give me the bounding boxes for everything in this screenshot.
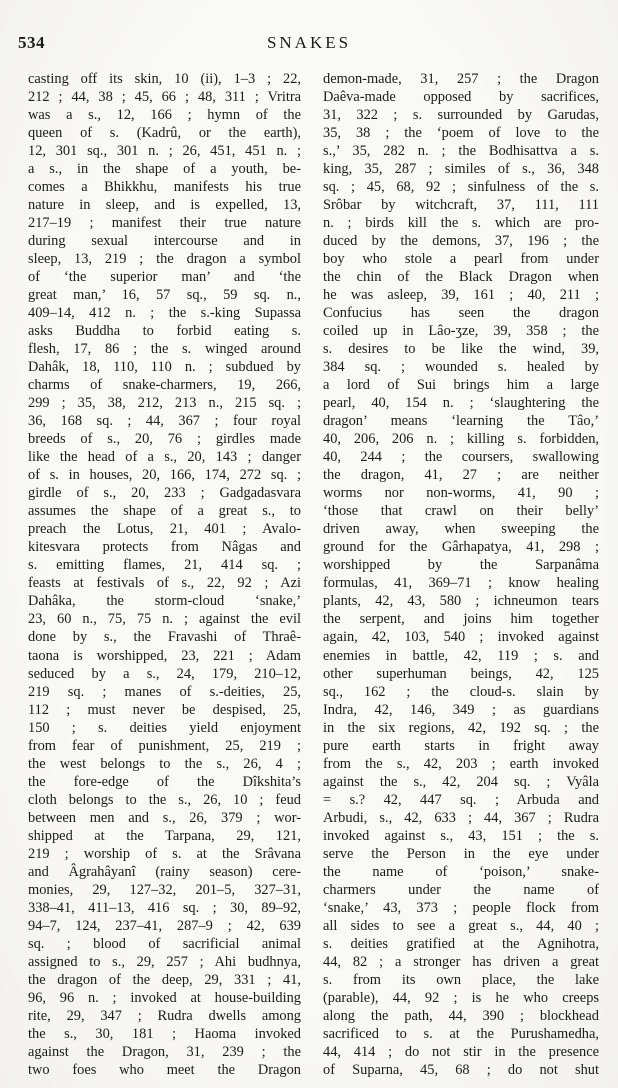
text-line: coiled up in Lâo-ʒze, 39, 358 ; the [323,322,599,340]
text-line: 150 ; s. deities yield enjoyment [28,719,301,737]
text-line: he was asleep, 39, 161 ; 40, 211 ; [323,286,599,304]
text-line: Daêva-made opposed by sacrifices, [323,88,599,106]
text-line: the west belongs to the s., 26, 4 ; [28,755,301,773]
text-line: the dragon of the deep, 29, 331 ; 41, [28,971,301,989]
text-line: n. ; birds kill the s. which are pro- [323,214,599,232]
text-line: 112 ; must never be despised, 25, [28,701,301,719]
text-line: sleep, 13, 219 ; the dragon a symbol [28,250,301,268]
text-line: from the s., 42, 203 ; earth invoked [323,755,599,773]
text-line: Indra, 42, 146, 349 ; as guardians [323,701,599,719]
right-column: demon-made, 31, 257 ; the DragonDaêva-ma… [323,70,599,1079]
text-line: kitesvara protects from Nâgas and [28,538,301,556]
text-line: pure earth starts in fright away [323,737,599,755]
text-line: 94–7, 124, 237–41, 287–9 ; 42, 639 [28,917,301,935]
text-line: of s. in houses, 20, 166, 174, 272 sq. ; [28,466,301,484]
text-line: 384 sq. ; wounded s. healed by [323,358,599,376]
text-line: casting off its skin, 10 (ii), 1–3 ; 22, [28,70,301,88]
text-line: two foes who meet the Dragon [28,1061,301,1079]
text-line: enemies in battle, 42, 119 ; s. and [323,647,599,665]
text-line: monies, 29, 127–32, 201–5, 327–31, [28,881,301,899]
text-line: comes a Bhikkhu, manifests his true [28,178,301,196]
text-line: sq. ; blood of sacrificial animal [28,935,301,953]
text-line: s. deities gratified at the Agnihotra, [323,935,599,953]
text-line: ‘snake,’ 43, 373 ; people flock from [323,899,599,917]
text-line: = s.? 42, 447 sq. ; Arbuda and [323,791,599,809]
text-line: a s., in the shape of a youth, be- [28,160,301,178]
text-line: shipped at the Tarpana, 29, 121, [28,827,301,845]
text-line: 44, 82 ; a stronger has driven a great [323,953,599,971]
text-line: 40, 206, 206 n. ; killing s. forbidden, [323,430,599,448]
text-line: ground for the Gârhapatya, 41, 298 ; [323,538,599,556]
text-line: breeds of s., 20, 76 ; girdles made [28,430,301,448]
text-line: preach the Lotus, 21, 401 ; Avalo- [28,520,301,538]
text-line: all sides to see a great s., 44, 40 ; [323,917,599,935]
text-line: of ‘the superior man’ and ‘the [28,268,301,286]
text-line: against the Dragon, 31, 239 ; the [28,1043,301,1061]
text-line: between men and s., 26, 379 ; wor- [28,809,301,827]
text-line: against the s., 42, 204 sq. ; Vyâla [323,773,599,791]
text-line: girdle of s., 20, 233 ; Gadgadasvara [28,484,301,502]
text-line: the s., 30, 181 ; Haoma invoked [28,1025,301,1043]
text-line: 219 ; worship of s. at the Srâvana [28,845,301,863]
text-line: formulas, 41, 369–71 ; know healing [323,574,599,592]
text-line: the serpent, and joins him together [323,610,599,628]
text-line: the dragon, 41, 27 ; are neither [323,466,599,484]
text-line: sacrificed to s. at the Purushamedha, [323,1025,599,1043]
text-line: worms nor non-worms, 41, 90 ; [323,484,599,502]
index-text-columns: casting off its skin, 10 (ii), 1–3 ; 22,… [28,70,599,1079]
text-line: Dahâka, the storm-cloud ‘snake,’ [28,592,301,610]
text-line: 96, 96 n. ; invoked at house-building [28,989,301,1007]
text-line: plants, 42, 43, 580 ; ichneumon tears [323,592,599,610]
text-line: seduced by a s., 24, 179, 210–12, [28,665,301,683]
text-line: 217–19 ; manifest their true nature [28,214,301,232]
running-head-title: SNAKES [0,33,618,53]
text-line: 299 ; 35, 38, 212, 213 n., 215 sq. ; [28,394,301,412]
text-line: demon-made, 31, 257 ; the Dragon [323,70,599,88]
text-line: 31, 322 ; s. surrounded by Garudas, [323,106,599,124]
text-line: king, 35, 287 ; similes of s., 36, 348 [323,160,599,178]
text-line: nature in sleep, and is expelled, 13, [28,196,301,214]
text-line: asks Buddha to forbid eating s. [28,322,301,340]
text-line: the name of ‘poison,’ snake- [323,863,599,881]
text-line: like the head of a s., 20, 143 ; danger [28,448,301,466]
text-line: s. from its own place, the lake [323,971,599,989]
text-line: 219 sq. ; manes of s.-deities, 25, [28,683,301,701]
text-line: worshipped by the Sarpanâma [323,556,599,574]
text-line: was a s., 12, 166 ; hymn of the [28,106,301,124]
text-line: of Suparna, 45, 68 ; do not shut [323,1061,599,1079]
text-line: again, 42, 103, 540 ; invoked against [323,628,599,646]
text-line: the fore-edge of the Dîkshita’s [28,773,301,791]
text-line: s.,’ 35, 282 n. ; the Bodhisattva a s. [323,142,599,160]
text-line: and Âgrahâyanî (rainy season) cere- [28,863,301,881]
text-line: s. desires to be like the wind, 39, [323,340,599,358]
text-line: (parable), 44, 92 ; is he who creeps [323,989,599,1007]
book-page: 534 SNAKES casting off its skin, 10 (ii)… [0,0,618,1088]
text-line: cloth belongs to the s., 26, 10 ; feud [28,791,301,809]
text-line: 212 ; 44, 38 ; 45, 66 ; 48, 311 ; Vritra [28,88,301,106]
text-line: pearl, 40, 154 n. ; ‘slaughtering the [323,394,599,412]
running-header: 534 SNAKES [0,33,618,55]
text-line: in the six regions, 42, 192 sq. ; the [323,719,599,737]
text-line: 23, 60 n., 75, 75 n. ; against the evil [28,610,301,628]
text-line: great man,’ 16, 57 sq., 59 sq. n., [28,286,301,304]
text-line: 12, 301 sq., 301 n. ; 26, 451, 451 n. ; [28,142,301,160]
text-line: 35, 38 ; the ‘poem of love to the [323,124,599,142]
text-line: duced by the demons, 37, 196 ; the [323,232,599,250]
text-line: 36, 168 sq. ; 44, 367 ; four royal [28,412,301,430]
text-line: flesh, 17, 86 ; the s. winged around [28,340,301,358]
text-line: invoked against s., 43, 151 ; the s. [323,827,599,845]
text-line: Dahâk, 18, 110, 110 n. ; subdued by [28,358,301,376]
text-line: dragon’ means ‘learning the Tâo,’ [323,412,599,430]
text-line: ‘those that crawl on their belly’ [323,502,599,520]
text-line: boy who stole a pearl from under [323,250,599,268]
text-line: done by s., the Fravashi of Thraê- [28,628,301,646]
left-column: casting off its skin, 10 (ii), 1–3 ; 22,… [28,70,301,1079]
text-line: other superhuman beings, 42, 125 [323,665,599,683]
text-line: feasts at festivals of s., 22, 92 ; Azi [28,574,301,592]
text-line: during sexual intercourse and in [28,232,301,250]
text-line: charms of snake-charmers, 19, 266, [28,376,301,394]
text-line: s. emitting flames, 21, 414 sq. ; [28,556,301,574]
text-line: charmers under the name of [323,881,599,899]
text-line: the chin of the Black Dragon when [323,268,599,286]
text-line: 40, 244 ; the coursers, swallowing [323,448,599,466]
text-line: Srôbar by witchcraft, 37, 111, 111 [323,196,599,214]
text-line: assumes the shape of a great s., to [28,502,301,520]
text-line: 44, 414 ; do not stir in the presence [323,1043,599,1061]
text-line: Arbudi, s., 42, 633 ; 44, 367 ; Rudra [323,809,599,827]
text-line: sq., 162 ; the cloud-s. slain by [323,683,599,701]
text-line: driven away, when sweeping the [323,520,599,538]
text-line: 338–41, 411–13, 416 sq. ; 30, 89–92, [28,899,301,917]
text-line: queen of s. (Kadrû, or the earth), [28,124,301,142]
text-line: sq. ; 45, 68, 92 ; sinfulness of the s. [323,178,599,196]
text-line: taona is worshipped, 23, 221 ; Adam [28,647,301,665]
text-line: assigned to s., 29, 257 ; Ahi budhnya, [28,953,301,971]
text-line: along the path, 44, 390 ; blockhead [323,1007,599,1025]
text-line: a lord of Sui brings him a large [323,376,599,394]
text-line: serve the Person in the eye under [323,845,599,863]
text-line: Confucius has seen the dragon [323,304,599,322]
text-line: rite, 29, 347 ; Rudra dwells among [28,1007,301,1025]
text-line: 409–14, 412 n. ; the s.-king Supassa [28,304,301,322]
text-line: from fear of punishment, 25, 219 ; [28,737,301,755]
